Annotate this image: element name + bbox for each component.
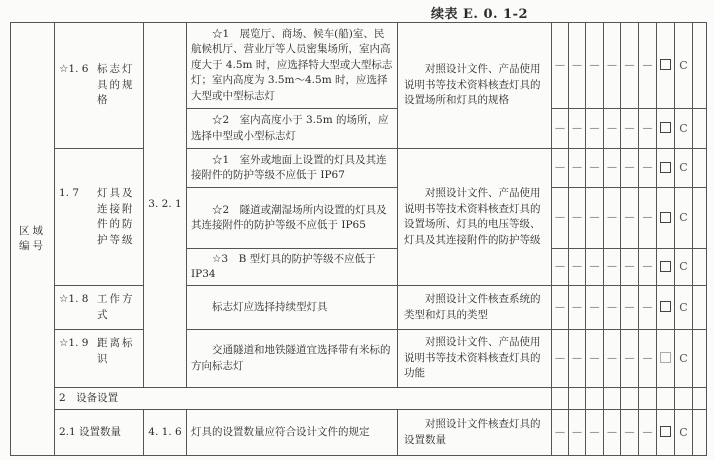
method: 对照设计文件核查灯具的设置数量: [398, 410, 552, 456]
method: 对照设计文件、产品使用说明书等技术资料核查灯具的设置场所、灯具的电压等级、灯具及…: [398, 149, 552, 286]
table-title: 续表 E. 0. 1-2: [0, 3, 714, 22]
grade: C: [675, 410, 693, 456]
item-2-1: 2.1 设置数量: [55, 410, 144, 456]
method: 对照设计文件、产品使用说明书等技术资料核查灯具的功能: [398, 330, 552, 388]
table-row: ☆1. 9距离标识 交通隧道和地铁隧道宜选择带有米标的方向标志灯 对照设计文件、…: [11, 330, 707, 388]
grade: C: [675, 23, 693, 109]
grade: C: [675, 330, 693, 388]
checkbox[interactable]: [657, 249, 675, 286]
section-header-row: 2 设备设置: [11, 388, 707, 410]
requirement: 灯具的设置数量应符合设计文件的规定: [187, 410, 398, 456]
section-2-header: 2 设备设置: [55, 388, 552, 410]
checkbox[interactable]: [657, 286, 675, 330]
region-label: 区域编号: [11, 23, 55, 456]
requirement: 标志灯应选择持续型灯具: [187, 286, 398, 330]
requirement: ☆3 B 型灯具的防护等级不应低于 IP34: [187, 249, 398, 286]
inspection-table: 区域编号 ☆1. 6标志灯具的规格 3. 2. 1 ☆1 展览厅、商场、候车(船…: [10, 22, 707, 456]
table-row: 区域编号 ☆1. 6标志灯具的规格 3. 2. 1 ☆1 展览厅、商场、候车(船…: [11, 23, 707, 109]
checkbox[interactable]: [657, 410, 675, 456]
requirement: 交通隧道和地铁隧道宜选择带有米标的方向标志灯: [187, 330, 398, 388]
grade: C: [675, 188, 693, 249]
grade: C: [675, 249, 693, 286]
requirement: ☆1 室外或地面上设置的灯具及其连接附件的防护等级不应低于 IP67: [187, 149, 398, 188]
checkbox[interactable]: [657, 23, 675, 109]
checkbox[interactable]: [657, 149, 675, 188]
checkbox[interactable]: [657, 330, 675, 388]
item-1-6: ☆1. 6标志灯具的规格: [55, 23, 144, 149]
grade: C: [675, 286, 693, 330]
method: 对照设计文件核查系统的类型和灯具的类型: [398, 286, 552, 330]
requirement: ☆1 展览厅、商场、候车(船)室、民航候机厅、营业厅等人员密集场所，室内高度大于…: [187, 23, 398, 109]
item-1-7: 1. 7灯具及连接附件的防护等级: [55, 149, 144, 286]
item-1-8: ☆1. 8工作方式: [55, 286, 144, 330]
table-row: ☆1. 8工作方式 标志灯应选择持续型灯具 对照设计文件核查系统的类型和灯具的类…: [11, 286, 707, 330]
table-row: 1. 7灯具及连接附件的防护等级 ☆1 室外或地面上设置的灯具及其连接附件的防护…: [11, 149, 707, 188]
requirement: ☆2 室内高度小于 3.5m 的场所，应选择中型或小型标志灯: [187, 109, 398, 149]
clause-3-2-1: 3. 2. 1: [144, 23, 187, 388]
method: 对照设计文件、产品使用说明书等技术资料核查灯具的设置场所和灯具的规格: [398, 23, 552, 149]
checkbox[interactable]: [657, 188, 675, 249]
grade: C: [675, 109, 693, 149]
checkbox[interactable]: [657, 109, 675, 149]
item-1-9: ☆1. 9距离标识: [55, 330, 144, 388]
clause-4-1-6: 4. 1. 6: [144, 410, 187, 456]
grade: C: [675, 149, 693, 188]
table-row: 2.1 设置数量 4. 1. 6 灯具的设置数量应符合设计文件的规定 对照设计文…: [11, 410, 707, 456]
requirement: ☆2 隧道或潮湿场所内设置的灯具及其连接附件的防护等级不应低于 IP65: [187, 188, 398, 249]
